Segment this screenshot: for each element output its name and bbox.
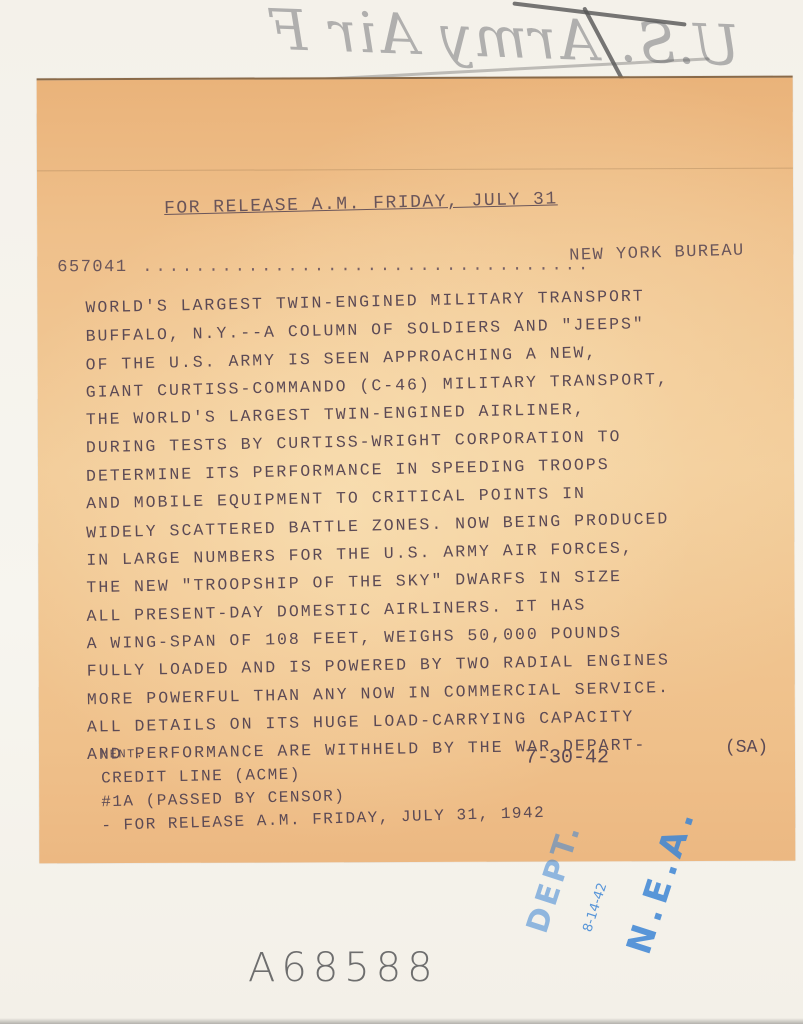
date-code: 7-30-42: [525, 746, 609, 769]
sheet-fold: [37, 168, 793, 172]
slug-row: 657041 .................................…: [57, 256, 777, 259]
caption-body: WORLD'S LARGEST TWIN-ENGINED MILITARY TR…: [85, 286, 787, 764]
handwritten-archive-id: A68588: [248, 945, 439, 991]
caption-sheet: FOR RELEASE A.M. FRIDAY, JULY 31 657041 …: [37, 76, 796, 864]
slug-dots: ..................................: [142, 256, 591, 277]
slug-number: 657041: [57, 258, 127, 277]
agency-code: (SA): [725, 738, 768, 758]
bureau-label: NEW YORK BUREAU: [569, 242, 745, 266]
release-header: FOR RELEASE A.M. FRIDAY, JULY 31: [164, 189, 558, 219]
